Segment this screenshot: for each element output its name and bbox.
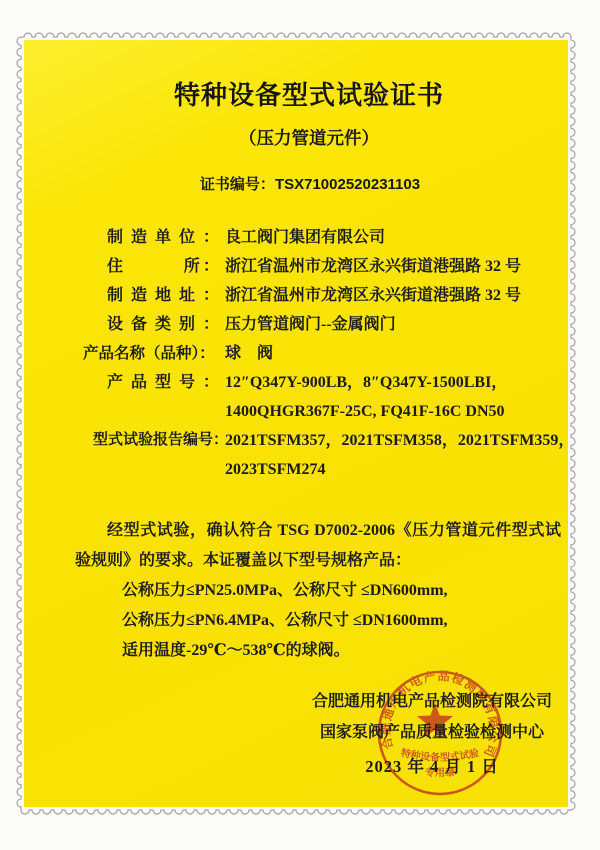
field-value: 压力管道阀门--金属阀门	[225, 310, 396, 339]
certificate-subtitle: （压力管道元件）	[37, 126, 581, 150]
issuer-block: 合肥通用机电产品检测院有限公司 国家泵阀产品质量检验检测中心 2023 年 4 …	[277, 686, 587, 782]
field-value: 良工阀门集团有限公司	[225, 223, 385, 252]
field-row: 产品名称（品种）：球 阀	[75, 339, 558, 368]
statement-text: 经型式试验，确认符合 TSG D7002-2006《压力管道元件型式试验规则》的…	[75, 516, 561, 576]
field-value: 12″Q347Y-900LB，8″Q347Y-1500LBI，	[225, 368, 507, 397]
field-row: 设备类别：压力管道阀门--金属阀门	[75, 310, 558, 339]
field-value: 1400QHGR367F-25C, FQ41F-16C DN50	[225, 397, 505, 426]
certificate-number-value: TSX71002520231103	[275, 176, 420, 193]
field-value: 2021TSFM357，2021TSFM358，2021TSFM359，	[225, 426, 574, 455]
field-label: 设备类别：	[107, 310, 219, 339]
certificate-title: 特种设备型式试验证书	[37, 80, 581, 112]
issuer-line-2: 国家泵阀产品质量检验检测中心	[277, 717, 587, 748]
field-value: 浙江省温州市龙湾区永兴街道港强路 32 号	[225, 252, 521, 281]
spec-line-1: 公称压力≤PN25.0MPa、公称尺寸 ≤DN600mm,	[122, 576, 561, 606]
issuer-line-1: 合肥通用机电产品检测院有限公司	[277, 686, 587, 717]
field-row: 型式试验报告编号：2021TSFM357，2021TSFM358，2021TSF…	[75, 426, 558, 455]
field-label: 产品型号：	[107, 368, 219, 397]
field-label: 住 所：	[107, 252, 219, 281]
field-row: 产品型号：12″Q347Y-900LB，8″Q347Y-1500LBI，	[75, 368, 558, 397]
statement-block: 经型式试验，确认符合 TSG D7002-2006《压力管道元件型式试验规则》的…	[75, 516, 561, 666]
issue-date: 2023 年 4 月 1 日	[277, 751, 587, 782]
field-row: 1400QHGR367F-25C, FQ41F-16C DN50	[75, 397, 558, 426]
field-label: 产品名称（品种）：	[83, 339, 215, 368]
certificate-sheet: 特种设备型式试验证书 （压力管道元件） 证书编号：TSX710025202311…	[24, 40, 568, 807]
spec-line-3: 适用温度-29℃～538℃的球阀。	[122, 636, 561, 666]
field-row: 住 所：浙江省温州市龙湾区永兴街道港强路 32 号	[75, 252, 558, 281]
field-row: 2023TSFM274	[75, 455, 558, 484]
field-value: 球 阀	[225, 339, 273, 368]
certificate-number-line: 证书编号：TSX71002520231103	[38, 174, 582, 196]
certificate-number-label: 证书编号：	[200, 176, 275, 193]
field-label: 制造地址：	[107, 281, 219, 310]
field-list: 制造单位：良工阀门集团有限公司住 所：浙江省温州市龙湾区永兴街道港强路 32 号…	[75, 223, 558, 484]
field-label: 型式试验报告编号：	[93, 426, 228, 455]
field-label: 制造单位：	[107, 223, 219, 252]
field-row: 制造地址：浙江省温州市龙湾区永兴街道港强路 32 号	[75, 281, 558, 310]
field-value: 浙江省温州市龙湾区永兴街道港强路 32 号	[225, 281, 521, 310]
field-row: 制造单位：良工阀门集团有限公司	[75, 223, 558, 252]
field-value: 2023TSFM274	[225, 455, 325, 484]
spec-line-2: 公称压力≤PN6.4MPa、公称尺寸 ≤DN1600mm,	[122, 606, 561, 636]
